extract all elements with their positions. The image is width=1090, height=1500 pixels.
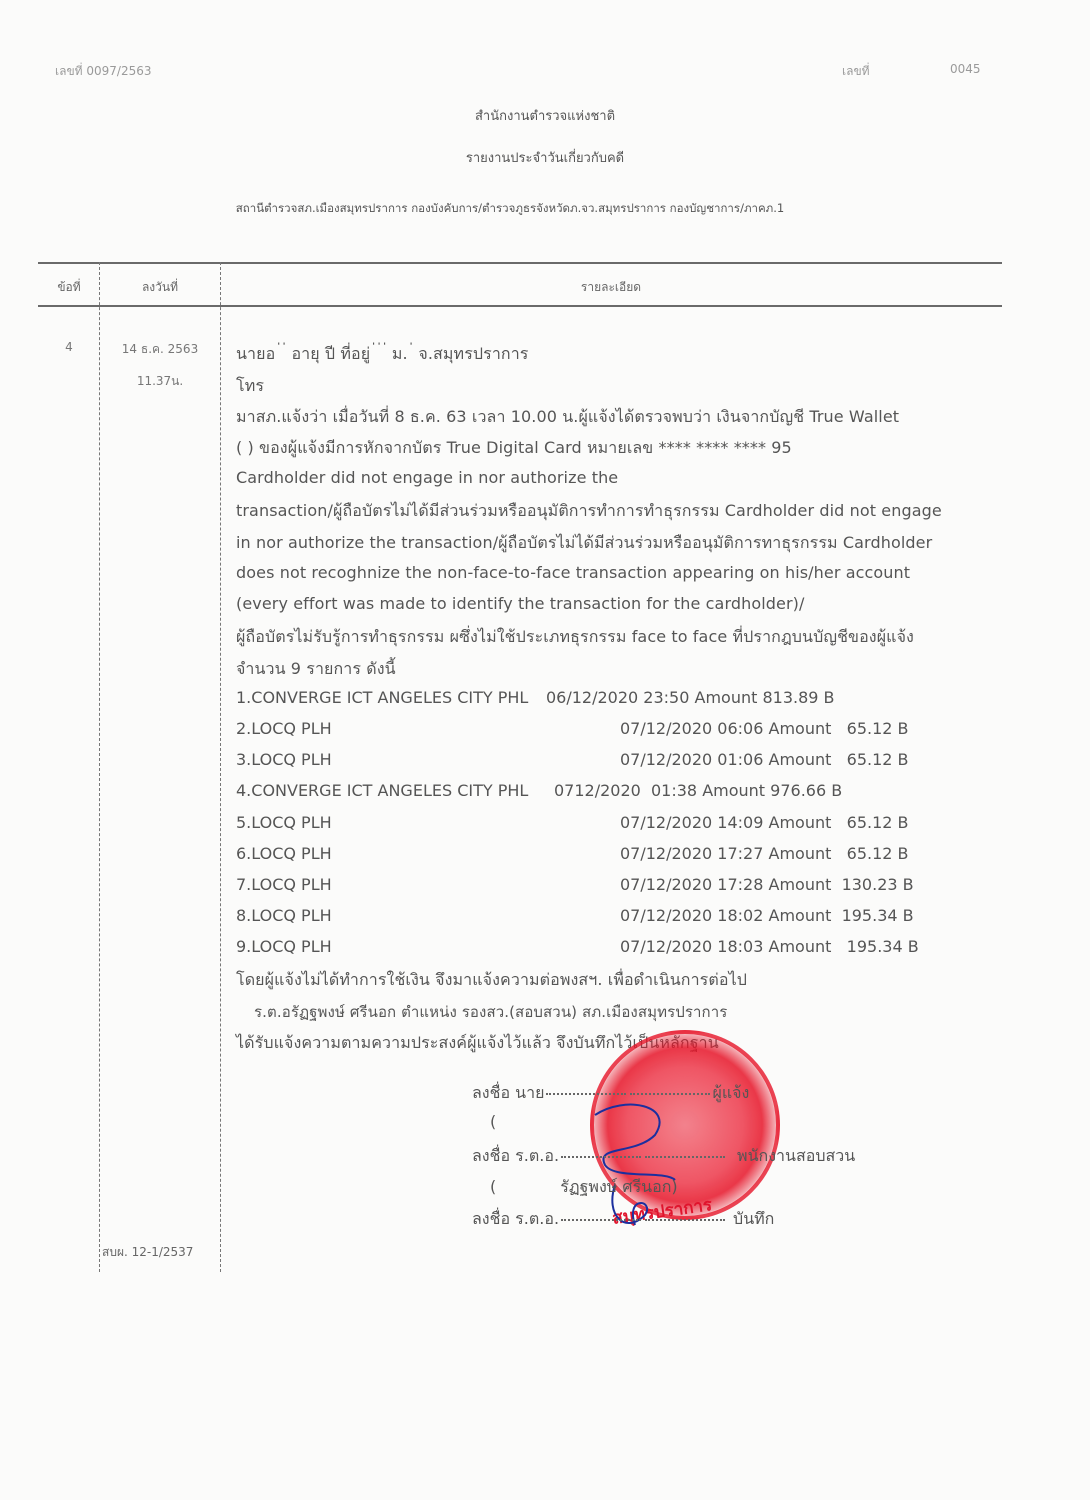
transaction-datetime-amount: 07/12/2020 18:03 Amount 195.34 B [620, 937, 919, 956]
transaction-datetime-amount: 07/12/2020 17:28 Amount 130.23 B [620, 875, 914, 894]
detail-line: ( ) ของผู้แจ้งมีการหักจากบัตร True Digit… [236, 436, 792, 461]
signature-dots [546, 1092, 626, 1095]
transaction-amount: Amount 813.89 B [695, 688, 835, 707]
transaction-datetime: 07/12/2020 18:02 [620, 906, 763, 925]
signature-dots [630, 1092, 710, 1095]
transaction-merchant: 9.LOCQ PLH [236, 937, 332, 956]
signature-line-complainant: ลงชื่อ นายผู้แจ้ง [472, 1081, 749, 1106]
transaction-merchant: 4.CONVERGE ICT ANGELES CITY PHL [236, 781, 528, 800]
transaction-datetime-amount: 07/12/2020 17:27 Amount 65.12 B [620, 844, 909, 863]
transaction-amount: Amount 65.12 B [769, 750, 909, 769]
transaction-datetime-amount: 07/12/2020 14:09 Amount 65.12 B [620, 813, 909, 832]
entry-date: 14 ธ.ค. 2563 [100, 340, 220, 359]
transaction-datetime-amount: 06/12/2020 23:50 Amount 813.89 B [546, 688, 835, 707]
signature-line-investigator: ลงชื่อ ร.ต.อ.พนักงานสอบสวน [472, 1144, 855, 1169]
transaction-merchant: 7.LOCQ PLH [236, 875, 332, 894]
entry-time: 11.37น. [100, 372, 220, 391]
detail-line: ผู้ถือบัตรไม่รับรู้การทำธุรกรรม ผซึ่งไม่… [236, 625, 914, 650]
report-title: รายงานประจำวันเกี่ยวกับคดี [0, 147, 1090, 168]
signature-name-paren: (รัฏฐพงษ์ ศรีนอก) [490, 1175, 678, 1200]
signature-prefix: ลงชื่อ นาย [472, 1083, 544, 1102]
org-title: สำนักงานตำรวจแห่งชาติ [0, 105, 1090, 126]
signature-name: รัฏฐพงษ์ ศรีนอก) [560, 1177, 677, 1196]
transaction-amount: Amount 65.12 B [769, 813, 909, 832]
transaction-datetime-amount: 07/12/2020 01:06 Amount 65.12 B [620, 750, 909, 769]
transaction-datetime: 07/12/2020 17:28 [620, 875, 763, 894]
transaction-amount: Amount 65.12 B [769, 719, 909, 738]
signature-suffix: บันทึก [733, 1209, 774, 1228]
signature-dots [561, 1218, 641, 1221]
station-line: สถานีตำรวจสภ.เมืองสมุทรปราการ กองบังคับก… [0, 200, 1020, 218]
transaction-merchant: 1.CONVERGE ICT ANGELES CITY PHL [236, 688, 528, 707]
officer-line: ร.ต.อรัฏฐพงษ์ ศรีนอก ตำแหน่ง รองสว.(สอบส… [254, 1000, 727, 1024]
column-header-date: ลงวันที่ [100, 278, 220, 297]
detail-line: Cardholder did not engage in nor authori… [236, 468, 618, 487]
transaction-datetime: 07/12/2020 17:27 [620, 844, 763, 863]
signature-dots [645, 1218, 725, 1221]
table-header-rule [38, 305, 1002, 307]
column-header-details: รายละเอียด [221, 278, 1001, 297]
transaction-datetime-amount: 07/12/2020 06:06 Amount 65.12 B [620, 719, 909, 738]
column-divider [220, 262, 222, 1272]
transaction-amount: Amount 130.23 B [769, 875, 914, 894]
transaction-datetime: 07/12/2020 18:03 [620, 937, 763, 956]
reference-number: เลขที่ 0097/2563 [55, 62, 152, 81]
closing-line: โดยผู้แจ้งไม่ได้ทำการใช้เงิน จึงมาแจ้งคว… [236, 968, 747, 993]
transaction-datetime-amount: 0712/2020 01:38 Amount 976.66 B [554, 781, 842, 800]
detail-line: มาสภ.แจ้งว่า เมื่อวันที่ 8 ธ.ค. 63 เวลา … [236, 405, 899, 430]
detail-line: does not recoghnize the non-face-to-face… [236, 563, 910, 582]
page-number: 0045 [950, 62, 981, 76]
transaction-datetime: 0712/2020 01:38 [554, 781, 697, 800]
signature-prefix: ลงชื่อ ร.ต.อ. [472, 1146, 559, 1165]
transaction-merchant: 6.LOCQ PLH [236, 844, 332, 863]
signature-prefix: ( [490, 1177, 496, 1196]
transaction-amount: Amount 195.34 B [769, 906, 914, 925]
transaction-merchant: 2.LOCQ PLH [236, 719, 332, 738]
detail-line: in nor authorize the transaction/ผู้ถือบ… [236, 531, 932, 556]
signature-prefix: ลงชื่อ ร.ต.อ. [472, 1209, 559, 1228]
item-number: 4 [40, 340, 98, 354]
signature-suffix: ผู้แจ้ง [712, 1083, 749, 1102]
transaction-amount: Amount 65.12 B [769, 844, 909, 863]
column-header-item-no: ข้อที่ [40, 278, 98, 297]
form-code: สบผ. 12-1/2537 [102, 1243, 193, 1262]
signature-suffix: พนักงานสอบสวน [737, 1146, 855, 1165]
transaction-merchant: 5.LOCQ PLH [236, 813, 332, 832]
transaction-datetime-amount: 07/12/2020 18:02 Amount 195.34 B [620, 906, 914, 925]
transaction-datetime: 06/12/2020 23:50 [546, 688, 689, 707]
signature-dots [645, 1155, 725, 1158]
transaction-datetime: 07/12/2020 06:06 [620, 719, 763, 738]
transaction-amount: Amount 195.34 B [769, 937, 919, 956]
transaction-datetime: 07/12/2020 01:06 [620, 750, 763, 769]
signature-prefix: ( [490, 1112, 496, 1131]
signature-dots [561, 1155, 641, 1158]
transaction-merchant: 3.LOCQ PLH [236, 750, 332, 769]
table-top-rule [38, 262, 1002, 264]
phone-line: โทร [236, 374, 264, 399]
detail-line: transaction/ผู้ถือบัตรไม่ได้มีส่วนร่วมหร… [236, 499, 942, 524]
transaction-merchant: 8.LOCQ PLH [236, 906, 332, 925]
transaction-datetime: 07/12/2020 14:09 [620, 813, 763, 832]
detail-line: จำนวน 9 รายการ ดังนี้ [236, 657, 396, 682]
transaction-amount: Amount 976.66 B [702, 781, 842, 800]
complainant-line: นายอ ่ ่ อายุ ปี ที่อยู่ ่ ่ ่ ม. ่ จ.สม… [236, 342, 528, 367]
column-divider [99, 262, 101, 1272]
page-label: เลขที่ [842, 62, 870, 81]
signature-line-recorder: ลงชื่อ ร.ต.อ.บันทึก [472, 1207, 774, 1232]
detail-line: (every effort was made to identify the t… [236, 594, 805, 613]
signature-name-paren: ( [490, 1112, 496, 1131]
